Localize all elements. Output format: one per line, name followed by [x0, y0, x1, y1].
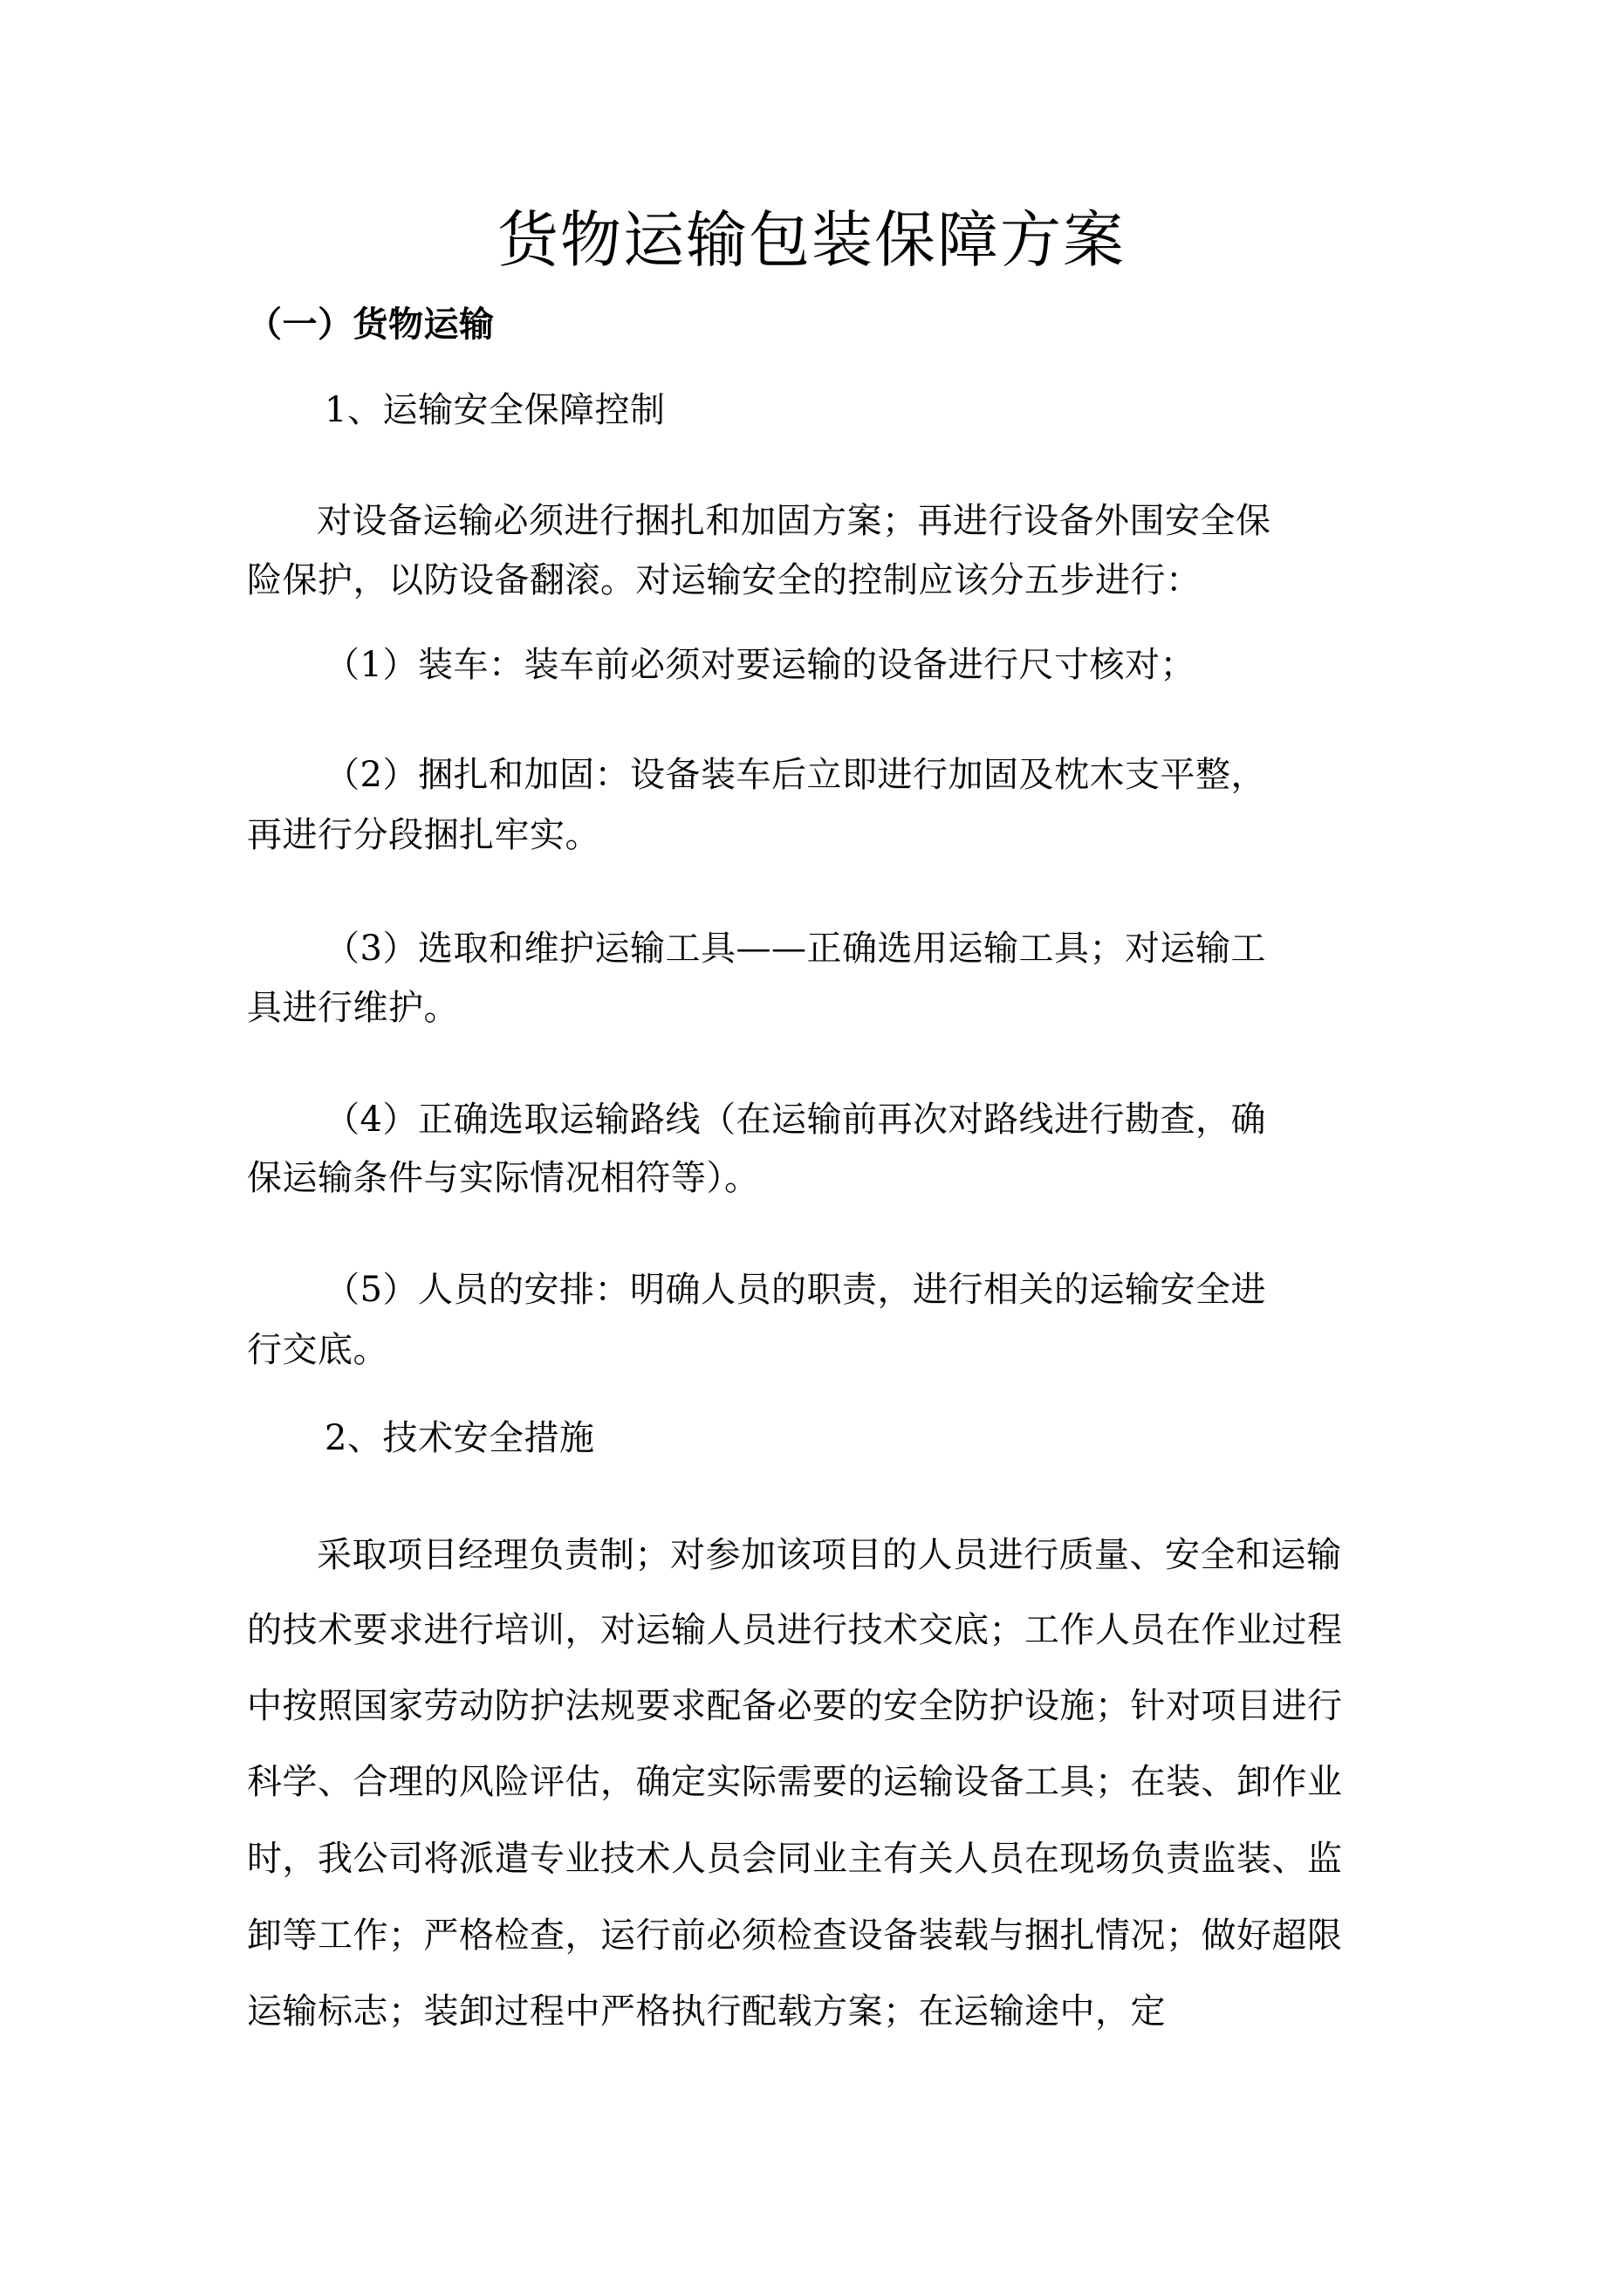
paragraph-line: 对设备运输必须进行捆扎和加固方案；再进行设备外围安全保	[317, 500, 1469, 542]
step-1-line: （1）装车：装车前必须对要运输的设备进行尺寸核对；	[325, 644, 1476, 686]
step-3-line: （3）选取和维护运输工具——正确选用运输工具；对运输工	[325, 928, 1476, 970]
step-2-line: 再进行分段捆扎牢实。	[247, 814, 1399, 856]
paragraph-line: 险保护，以防设备翻滚。对运输安全的控制应该分五步进行：	[247, 559, 1399, 601]
paragraph-line: 的技术要求进行培训，对运输人员进行技术交底；工作人员在作业过程	[247, 1609, 1399, 1651]
step-5-line: 行交底。	[247, 1329, 1399, 1371]
paragraph-line: 时，我公司将派遣专业技术人员会同业主有关人员在现场负责监装、监	[247, 1838, 1399, 1880]
paragraph-line: 中按照国家劳动防护法规要求配备必要的安全防护设施；针对项目进行	[247, 1685, 1399, 1727]
subsection-heading-1: 1、运输安全保障控制	[325, 389, 1476, 431]
step-2-line: （2）捆扎和加固：设备装车后立即进行加固及枕木支平整，	[325, 754, 1476, 796]
section-heading: （一）货物运输	[247, 304, 1399, 346]
paragraph-line: 运输标志；装卸过程中严格执行配载方案；在运输途中，定	[247, 1991, 1399, 2032]
step-4-line: 保运输条件与实际情况相符等）。	[247, 1157, 1399, 1199]
paragraph-line: 卸等工作；严格检查，运行前必须检查设备装载与捆扎情况；做好超限	[247, 1915, 1399, 1957]
subsection-heading-2: 2、技术安全措施	[325, 1417, 1476, 1459]
document-title: 货物运输包装保障方案	[0, 202, 1623, 278]
paragraph-line: 科学、合理的风险评估，确定实际需要的运输设备工具；在装、卸作业	[247, 1761, 1399, 1803]
step-5-line: （5）人员的安排：明确人员的职责，进行相关的运输安全进	[325, 1269, 1476, 1311]
step-3-line: 具进行维护。	[247, 987, 1399, 1029]
document-page: 货物运输包装保障方案 （一）货物运输 1、运输安全保障控制 对设备运输必须进行捆…	[0, 0, 1623, 2296]
paragraph-line: 采取项目经理负责制；对参加该项目的人员进行质量、安全和运输	[317, 1534, 1469, 1576]
step-4-line: （4）正确选取运输路线（在运输前再次对路线进行勘查，确	[325, 1099, 1476, 1141]
